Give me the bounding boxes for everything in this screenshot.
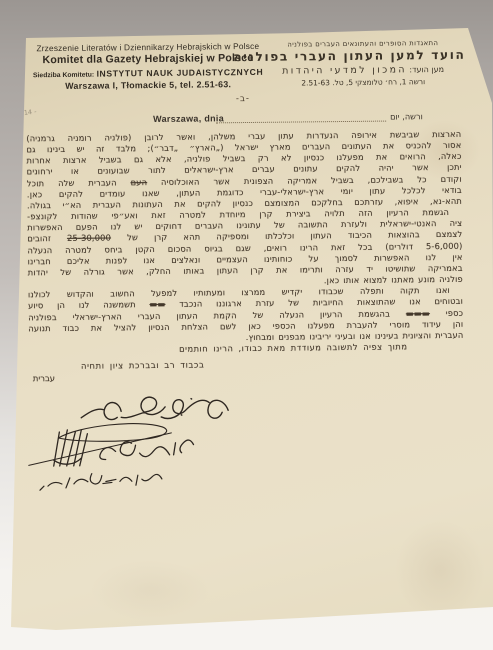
signature-2-scribble (53, 430, 87, 466)
seat-label: Siedziba Komitetu: (33, 72, 94, 80)
date-fill-line (216, 109, 386, 124)
signature-2-cross-line (28, 433, 171, 465)
committee-seat-hebrew: מען הועד: המכון למדעי היהדות (261, 64, 466, 77)
seat-label-hebrew: מען הועד: (409, 65, 444, 74)
page-number-mark: -ב- (236, 94, 250, 104)
body-line-text: כספי (430, 307, 463, 317)
body-line-text: העברית והציונית בעינינו אנו ובעיני יריבי… (246, 330, 464, 342)
signature-3 (40, 473, 162, 490)
photo-backdrop: Zrzeszenie Literatów i Dziennikarzy Hebr… (0, 0, 493, 650)
pencil-annotation: '14 - (22, 107, 37, 117)
committee-name-hebrew: הועד למען העתון העברי בפולניה (260, 48, 465, 64)
handwritten-signatures (23, 388, 269, 523)
institute-name-polish: INSTYTUT NAUK JUDAISTYCZNYCH (96, 67, 263, 79)
letter-body: הארצות שביבשת אירופה הנעדרות עתון עברי מ… (26, 129, 463, 357)
closing-line: עברית (31, 371, 241, 383)
dateline-hebrew: ורשה, יום (390, 111, 423, 121)
body-line-text: פולניה מונע מאתנו למצוא אותו כאן. (324, 274, 463, 285)
letter-paper: Zrzeszenie Literatów i Dziennikarzy Hebr… (0, 0, 493, 650)
body-line-text: מתוך צפיה לתשובה מעודדת מאת כבודו, הרינו… (179, 341, 408, 353)
body-line-text: העברית שלה תוכל (27, 177, 131, 188)
committee-seat-polish: Siedziba Komitetu: INSTYTUT NAUK JUDAIST… (31, 67, 266, 79)
letter-content: Zrzeszenie Literatów i Dziennikarzy Hebr… (0, 0, 493, 650)
struck-word: ▬▬ (149, 299, 165, 309)
committee-name-polish: Komitet dla Gazety Hebrajskiej w Polsce (30, 52, 265, 66)
body-line-text: זהובים (27, 233, 67, 243)
letterhead-polish: Zrzeszenie Literatów i Dziennikarzy Hebr… (30, 41, 265, 91)
struck-word: 25-30,000 (67, 233, 111, 243)
address-polish: Warszawa I, Tłomackie 5, tel. 2.51-63. (31, 79, 266, 91)
signature-2 (100, 440, 194, 460)
institute-name-hebrew: המכון למדעי היהדות (282, 64, 407, 76)
body-line-text: תשמשנה לנו הן סיוע (28, 299, 150, 310)
closing-salutation: בכבוד רב ובברכת ציון ותחיה עברית (31, 359, 241, 383)
address-hebrew: ורשה 1, רח׳ טלומצקי 5, טל. 2.51-63 (261, 77, 466, 88)
signature-1 (81, 396, 228, 420)
letterhead-hebrew: התאגדות הסופרים והעתונאים העברים בפולניה… (260, 39, 465, 88)
struck-word: ▬▬▬ (406, 308, 430, 318)
struck-word: העם (130, 177, 147, 187)
closing-line: בכבוד רב ובברכת ציון ותחיה (31, 359, 241, 371)
dateline-polish: Warszawa, dnia (153, 113, 224, 124)
